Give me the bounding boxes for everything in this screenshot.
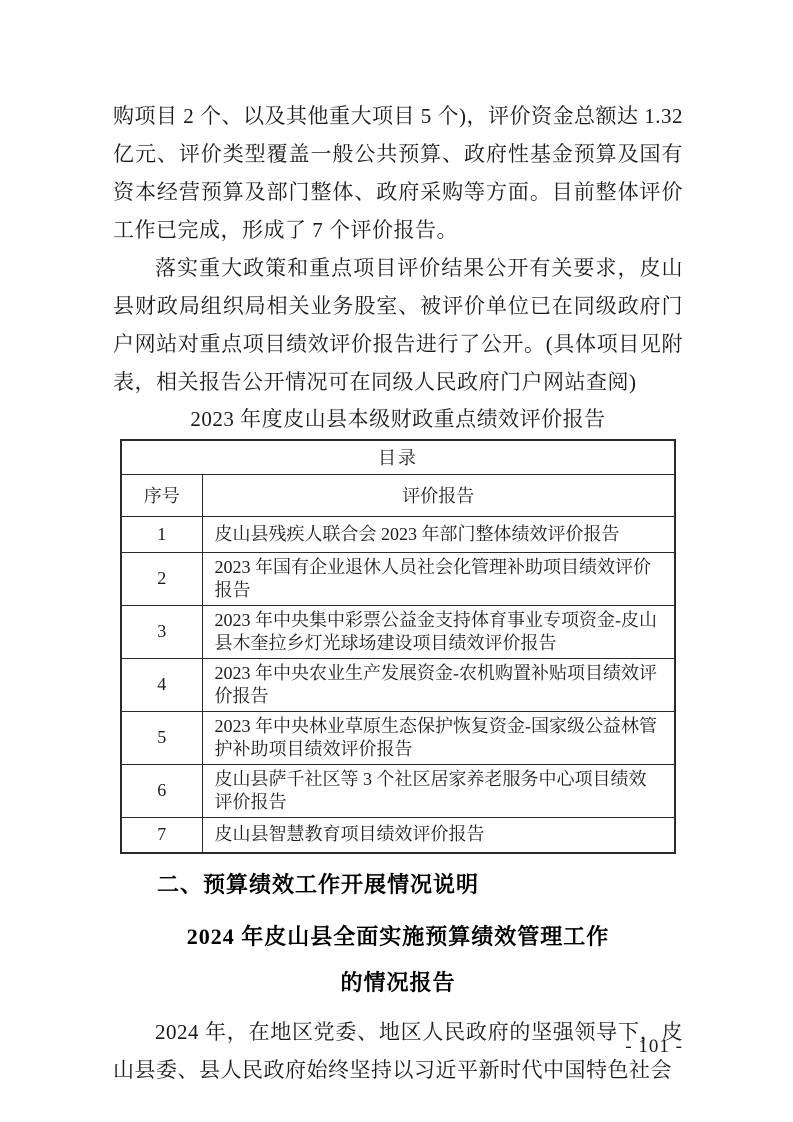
paragraph-continuation: 购项目 2 个、以及其他重大项目 5 个)，评价资金总额达 1.32 亿元、评价…	[113, 97, 683, 249]
column-header-no: 序号	[121, 474, 202, 516]
cell-no: 3	[121, 605, 202, 658]
cell-no: 5	[121, 711, 202, 764]
table-title: 2023 年度皮山县本级财政重点绩效评价报告	[113, 401, 683, 437]
document-page: 购项目 2 个、以及其他重大项目 5 个)，评价资金总额达 1.32 亿元、评价…	[0, 0, 793, 1122]
table-row: 4 2023 年中央农业生产发展资金-农机购置补贴项目绩效评价报告	[121, 658, 675, 711]
paragraph-results-publication: 落实重大政策和重点项目评价结果公开有关要求，皮山县财政局组织局相关业务股室、被评…	[113, 249, 683, 401]
cell-report: 皮山县智慧教育项目绩效评价报告	[202, 817, 675, 853]
column-header-report: 评价报告	[202, 474, 675, 516]
subtitle-line-2: 的情况报告	[113, 968, 683, 998]
table-row: 3 2023 年中央集中彩票公益金支持体育事业专项资金-皮山县木奎拉乡灯光球场建…	[121, 605, 675, 658]
table-row: 7 皮山县智慧教育项目绩效评价报告	[121, 817, 675, 853]
table-row: 6 皮山县萨千社区等 3 个社区居家养老服务中心项目绩效评价报告	[121, 764, 675, 817]
table-row: 2 2023 年国有企业退休人员社会化管理补助项目绩效评价报告	[121, 552, 675, 605]
table-row: 1 皮山县残疾人联合会 2023 年部门整体绩效评价报告	[121, 516, 675, 552]
report-directory-table: 目录 序号 评价报告 1 皮山县残疾人联合会 2023 年部门整体绩效评价报告 …	[120, 439, 676, 854]
document-content: 购项目 2 个、以及其他重大项目 5 个)，评价资金总额达 1.32 亿元、评价…	[113, 97, 683, 1089]
table-row: 5 2023 年中央林业草原生态保护恢复资金-国家级公益林管护补助项目绩效评价报…	[121, 711, 675, 764]
cell-report: 2023 年中央林业草原生态保护恢复资金-国家级公益林管护补助项目绩效评价报告	[202, 711, 675, 764]
cell-no: 2	[121, 552, 202, 605]
table-header-row: 序号 评价报告	[121, 474, 675, 516]
page-number: - 101 -	[625, 1036, 683, 1058]
cell-no: 7	[121, 817, 202, 853]
cell-no: 4	[121, 658, 202, 711]
cell-report: 皮山县萨千社区等 3 个社区居家养老服务中心项目绩效评价报告	[202, 764, 675, 817]
cell-report: 皮山县残疾人联合会 2023 年部门整体绩效评价报告	[202, 516, 675, 552]
paragraph-2024-intro: 2024 年，在地区党委、地区人民政府的坚强领导下，皮山县委、县人民政府始终坚持…	[113, 1013, 683, 1089]
cell-no: 6	[121, 764, 202, 817]
cell-report: 2023 年国有企业退休人员社会化管理补助项目绩效评价报告	[202, 552, 675, 605]
cell-no: 1	[121, 516, 202, 552]
table-caption-row: 目录	[121, 440, 675, 474]
cell-report: 2023 年中央农业生产发展资金-农机购置补贴项目绩效评价报告	[202, 658, 675, 711]
subtitle-line-1: 2024 年皮山县全面实施预算绩效管理工作	[113, 922, 683, 952]
section-heading: 二、预算绩效工作开展情况说明	[113, 870, 683, 900]
cell-report: 2023 年中央集中彩票公益金支持体育事业专项资金-皮山县木奎拉乡灯光球场建设项…	[202, 605, 675, 658]
table-caption: 目录	[121, 440, 675, 474]
